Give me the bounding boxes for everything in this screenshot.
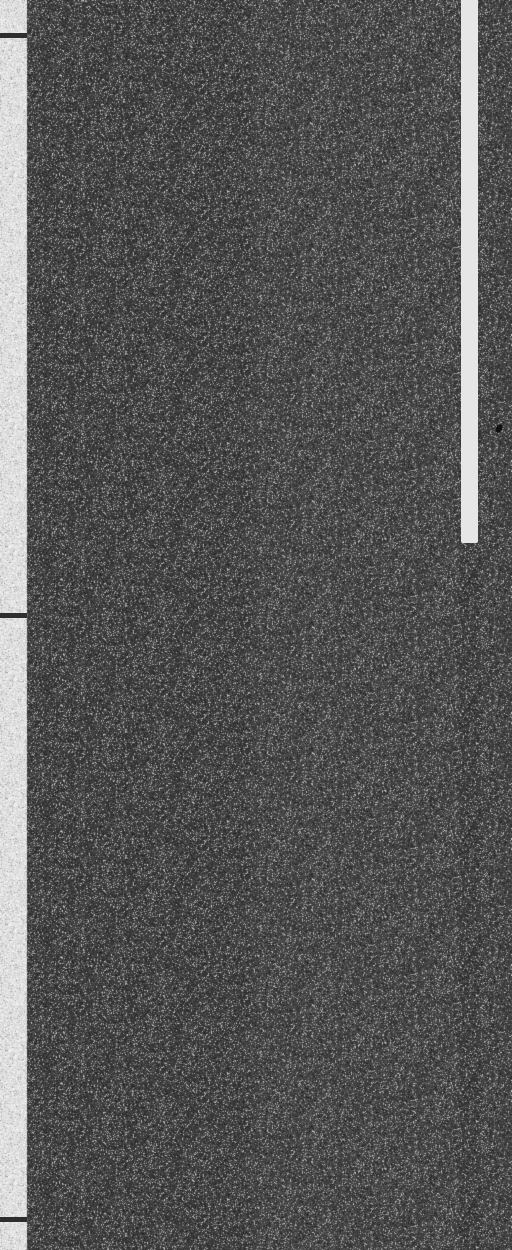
left-edge-marking	[0, 0, 27, 1250]
asphalt-surface	[0, 0, 512, 1250]
edge-tick	[0, 1217, 27, 1222]
edge-tick	[0, 33, 27, 38]
edge-tick	[0, 613, 27, 618]
road-scene	[0, 0, 512, 1250]
lane-marking	[461, 0, 478, 543]
